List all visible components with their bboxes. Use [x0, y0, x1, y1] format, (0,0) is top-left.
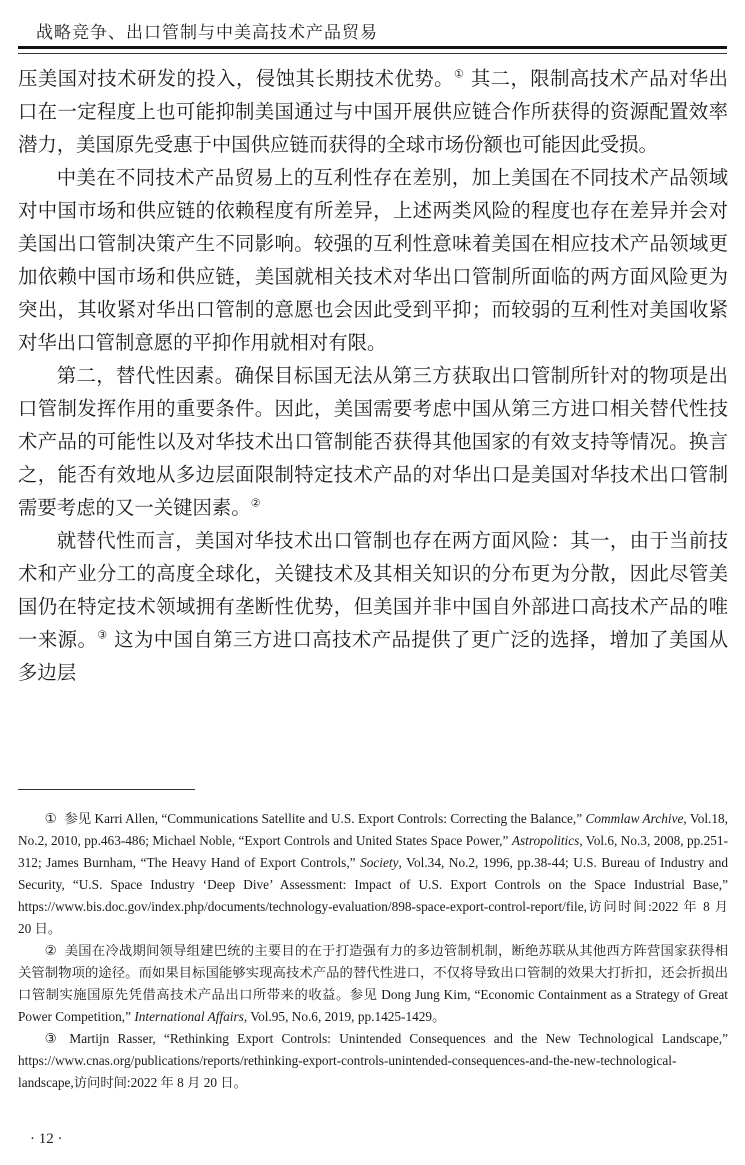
footnote-number: ②: [45, 943, 57, 958]
footnote-text: 参见 Karri Allen, “Communications Satellit…: [65, 811, 586, 826]
footnote-reference[interactable]: ③: [97, 629, 107, 642]
paragraph-text: 这为中国自第三方进口高技术产品提供了更广泛的选择，增加了美国从多边层: [18, 628, 728, 684]
footnotes: ①参见 Karri Allen, “Communications Satelli…: [18, 808, 728, 1094]
footnote-reference[interactable]: ①: [454, 68, 464, 81]
footnote-number: ①: [45, 811, 57, 826]
footnote-text: , Vol.95, No.6, 2019, pp.1425-1429。: [244, 1009, 446, 1024]
citation-title: Commlaw Archive: [586, 811, 684, 826]
citation-title: Astropolitics: [512, 833, 579, 848]
paragraph-text: 第二，替代性因素。确保目标国无法从第三方获取出口管制所针对的物项是出口管制发挥作…: [18, 364, 728, 519]
footnote-number: ③: [45, 1031, 62, 1046]
footnote: ②美国在冷战期间领导组建巴统的主要目的在于打造强有力的多边管制机制，断绝苏联从其…: [18, 940, 728, 1028]
body-text: 压美国对技术研发的投入，侵蚀其长期技术优势。① 其二，限制高技术产品对华出口在一…: [18, 62, 728, 689]
running-head-title: 战略竞争、出口管制与中美高技术产品贸易: [36, 18, 378, 43]
footnote: ③Martijn Rasser, “Rethinking Export Cont…: [18, 1028, 728, 1094]
paragraph-text: 压美国对技术研发的投入，侵蚀其长期技术优势。: [18, 67, 454, 90]
footnote-text: Martijn Rasser, “Rethinking Export Contr…: [18, 1031, 728, 1090]
header-rule-thick: [18, 46, 727, 49]
body-paragraph: 中美在不同技术产品贸易上的互利性存在差别，加上美国在不同技术产品领域对中国市场和…: [18, 161, 728, 359]
body-paragraph: 第二，替代性因素。确保目标国无法从第三方获取出口管制所针对的物项是出口管制发挥作…: [18, 359, 728, 524]
page-number: · 12 ·: [30, 1131, 63, 1148]
header-rule-thin: [18, 53, 727, 54]
citation-title: International Affairs: [134, 1009, 243, 1024]
body-paragraph: 压美国对技术研发的投入，侵蚀其长期技术优势。① 其二，限制高技术产品对华出口在一…: [18, 62, 728, 161]
body-paragraph: 就替代性而言，美国对华技术出口管制也存在两方面风险：其一，由于当前技术和产业分工…: [18, 524, 728, 689]
footnote-reference[interactable]: ②: [251, 497, 261, 510]
footnote-separator: [18, 789, 195, 790]
paragraph-text: 中美在不同技术产品贸易上的互利性存在差别，加上美国在不同技术产品领域对中国市场和…: [18, 166, 728, 354]
footnote: ①参见 Karri Allen, “Communications Satelli…: [18, 808, 728, 940]
citation-title: Society: [360, 855, 398, 870]
